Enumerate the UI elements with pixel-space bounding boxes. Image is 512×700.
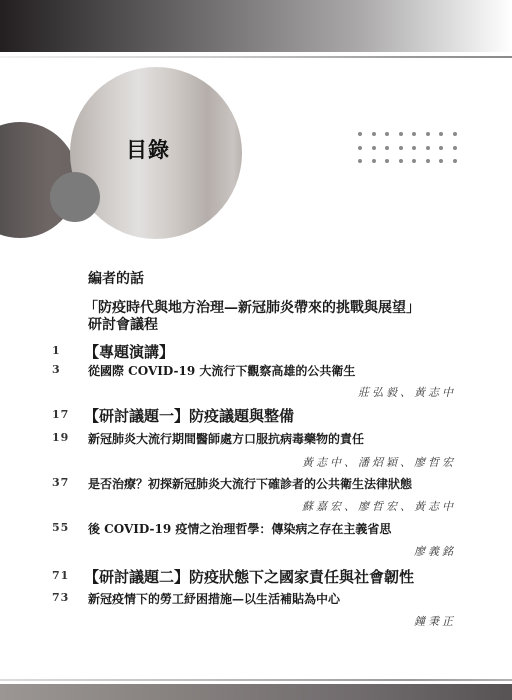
header-divider: [0, 56, 512, 58]
page-number: 17: [52, 408, 69, 421]
toc-entry-title: 研討會議程: [88, 314, 158, 334]
article-title: 後 COVID-19 疫情之治理哲學：傳染病之存在主義省思: [88, 520, 391, 537]
section-title: 【研討議題一】防疫議題與整備: [84, 405, 294, 426]
article-title: 新冠疫情下的勞工紓困措施—以生活補貼為中心: [88, 590, 340, 607]
decorative-dot-grid: [358, 132, 468, 168]
article-authors: 廖義銘: [414, 543, 456, 559]
toc-entry-title: 編者的話: [88, 268, 144, 288]
page-number: 19: [52, 431, 69, 444]
page-number: 37: [52, 476, 69, 489]
page-number: 55: [52, 521, 69, 534]
article-title: 新冠肺炎大流行期間醫師處方口服抗病毒藥物的責任: [88, 430, 364, 447]
footer-divider: [0, 679, 512, 681]
section-title: 【專題演講】: [84, 341, 174, 362]
article-title: 從國際 COVID-19 大流行下觀察高雄的公共衛生: [88, 362, 355, 379]
page-title: 目錄: [110, 134, 186, 164]
page-number: 73: [52, 591, 69, 604]
decorative-small-circle: [50, 172, 100, 222]
article-authors: 莊弘毅、黃志中: [358, 384, 456, 400]
footer-gradient-bar: [0, 684, 512, 700]
page-number: 3: [52, 363, 61, 376]
header-gradient-bar: [0, 0, 512, 52]
page-number: 1: [52, 344, 61, 357]
article-authors: 黃志中、潘炤穎、廖哲宏: [302, 454, 456, 470]
page-number: 71: [52, 569, 69, 582]
section-title: 【研討議題二】防疫狀態下之國家責任與社會韌性: [84, 566, 414, 587]
article-authors: 蘇嘉宏、廖哲宏、黃志中: [302, 498, 456, 514]
article-authors: 鐘秉正: [414, 613, 456, 629]
article-title: 是否治療？初探新冠肺炎大流行下確診者的公共衛生法律狀態: [88, 475, 412, 492]
